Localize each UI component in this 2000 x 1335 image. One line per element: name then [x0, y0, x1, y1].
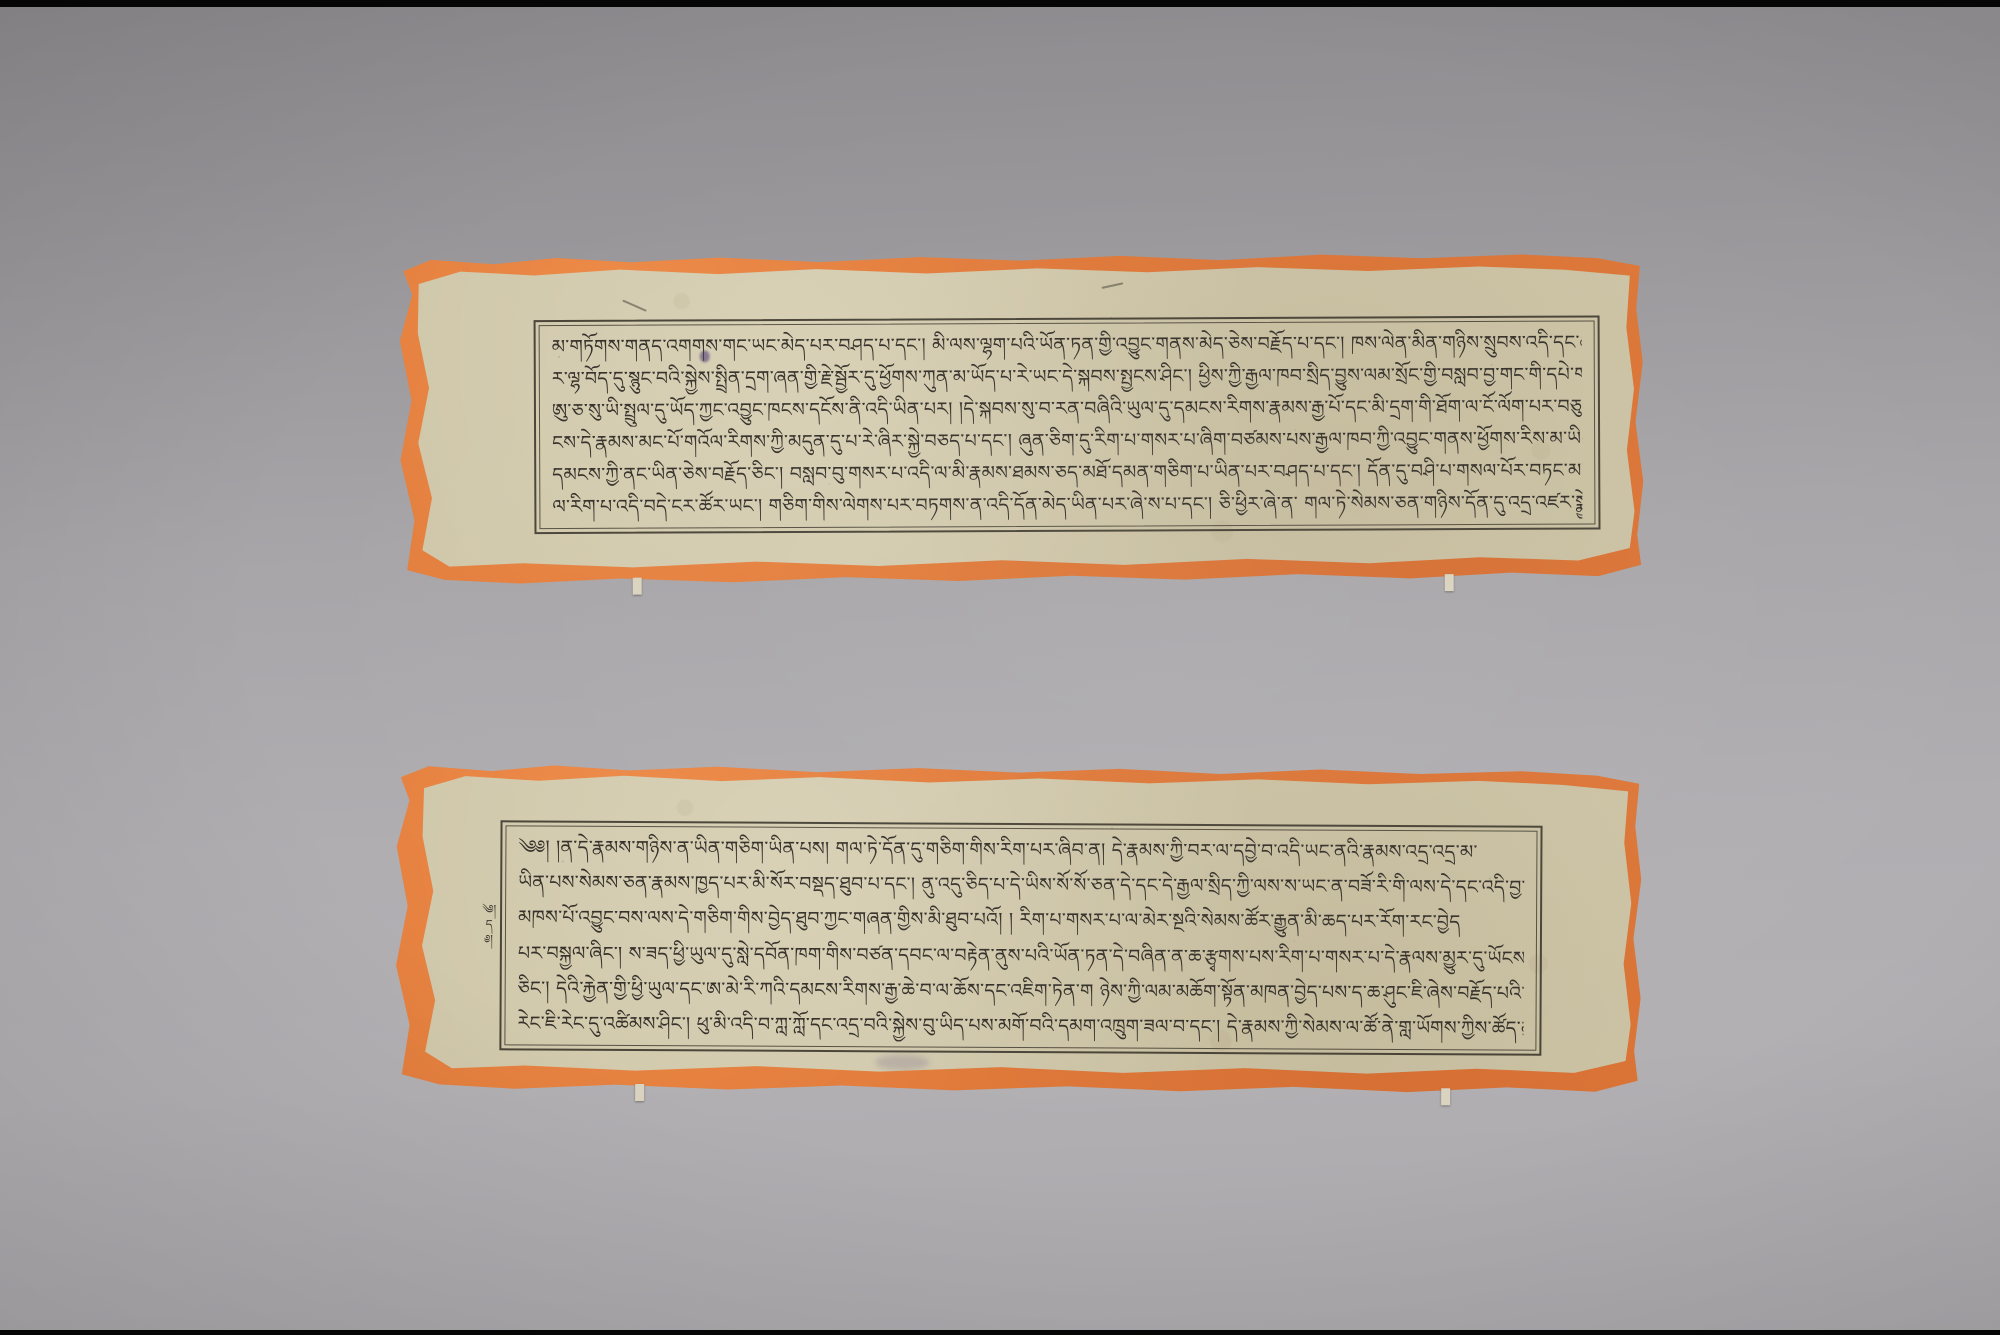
- text-frame: ༄༅། །ན་དེ་རྣམས་གཉིས་ན་ཡིན་གཅིག་ཡིན་པས། ག…: [499, 820, 1542, 1055]
- text-line: ར་ལྷ་བོད་དུ་སྙུང་བའི་སྐྱེས་སྤྲིན་དྲག་ཞན་…: [552, 359, 1582, 395]
- text-line: དམངས་ཀྱི་ནང་ཡིན་ཅེས་བརྗོད་ཅིང་། བསླབ་བུ་…: [552, 455, 1582, 491]
- paper-fiber: [1101, 282, 1123, 289]
- text-line: པར་བསྐྱལ་ཞིང་། ས་ཟད་ཕྱི་ཡུལ་དུ་སླེ་དབོན་…: [518, 937, 1524, 974]
- margin-glyph: ད: [486, 917, 493, 932]
- folio-paper-sheet: མ་གཏོགས་གནད་འགགས་གང་ཡང་མེད་པར་བཤད་པ་དང་།…: [411, 260, 1639, 571]
- text-line: ༄༅། །ན་དེ་རྣམས་གཉིས་ན་ཡིན་གཅིག་ཡིན་པས། ག…: [518, 831, 1524, 868]
- text-block: མ་གཏོགས་གནད་འགགས་གང་ཡང་མེད་པར་བཤད་པ་དང་།…: [552, 327, 1583, 523]
- paper-tab: [635, 1084, 644, 1101]
- photo-bottom-border: [0, 1330, 2000, 1335]
- paper-tab: [1445, 574, 1454, 591]
- margin-glyph: ༅།: [485, 932, 493, 947]
- folio-paper-sheet: ༄། ད ༅། ༄༅། །ན་དེ་རྣམས་གཉིས་ན་ཡིན་གཅིག་ཡ…: [415, 770, 1637, 1079]
- text-line: ཨུ་ཅ་སུ་ཡི་སྤྲུལ་དུ་ཡོད་ཀྱང་འབྱུང་ཁངས་དང…: [552, 391, 1582, 427]
- text-frame: མ་གཏོགས་གནད་འགགས་གང་ཡང་མེད་པར་བཤད་པ་དང་།…: [534, 315, 1601, 534]
- text-line: རེང་ཇི་རེང་དུ་འཚིམས་ཤིང་། ཕུ་མི་འདི་བ་ཀླ…: [517, 1007, 1523, 1044]
- photo-vignette: [0, 0, 2000, 1335]
- photo-top-border: [0, 0, 2000, 7]
- text-line: ཡིན་པས་སེམས་ཅན་རྣམས་ཁྱད་པར་མི་སོར་བསྡད་ཐ…: [518, 867, 1524, 904]
- paper-tab: [1441, 1088, 1450, 1105]
- photo-background: མ་གཏོགས་གནད་འགགས་གང་ཡང་མེད་པར་བཤད་པ་དང་།…: [0, 0, 2000, 1335]
- text-block: ༄༅། །ན་དེ་རྣམས་གཉིས་ན་ཡིན་གཅིག་ཡིན་པས། ག…: [517, 831, 1524, 1044]
- text-line: ཅིང་། དེའི་རྐྱེན་གྱི་ཕྱི་ཡུལ་དང་ཨ་མེ་རི་…: [518, 972, 1524, 1009]
- pencil-smudge: [875, 1054, 929, 1070]
- paper-tab: [633, 578, 642, 595]
- top-folio: མ་གཏོགས་གནད་འགགས་གང་ཡང་མེད་པར་བཤད་པ་དང་།…: [393, 249, 1648, 586]
- margin-glyph: ༄།: [482, 902, 496, 917]
- bottom-folio: ༄། ད ༅། ༄༅། །ན་དེ་རྣམས་གཉིས་ན་ཡིན་གཅིག་ཡ…: [389, 761, 1647, 1098]
- margin-annotation: ༄། ད ༅།: [482, 902, 496, 947]
- text-line: ངས་དེ་རྣམས་མང་པོ་གའོལ་རིགས་ཀྱི་མདུན་དུ་པ…: [552, 423, 1582, 459]
- text-line: མ་གཏོགས་གནད་འགགས་གང་ཡང་མེད་པར་བཤད་པ་དང་།…: [552, 327, 1582, 363]
- text-line: ལ་རིག་པ་འདི་བདེ་ངར་ཚོར་ཡང་། གཅིག་གིས་ལེག…: [552, 487, 1582, 523]
- text-line: མཁས་པོ་འབྱུང་བས་ལས་དེ་གཅིག་གིས་བྱེད་ཐུབ་…: [518, 902, 1524, 939]
- paper-fiber: [622, 300, 647, 312]
